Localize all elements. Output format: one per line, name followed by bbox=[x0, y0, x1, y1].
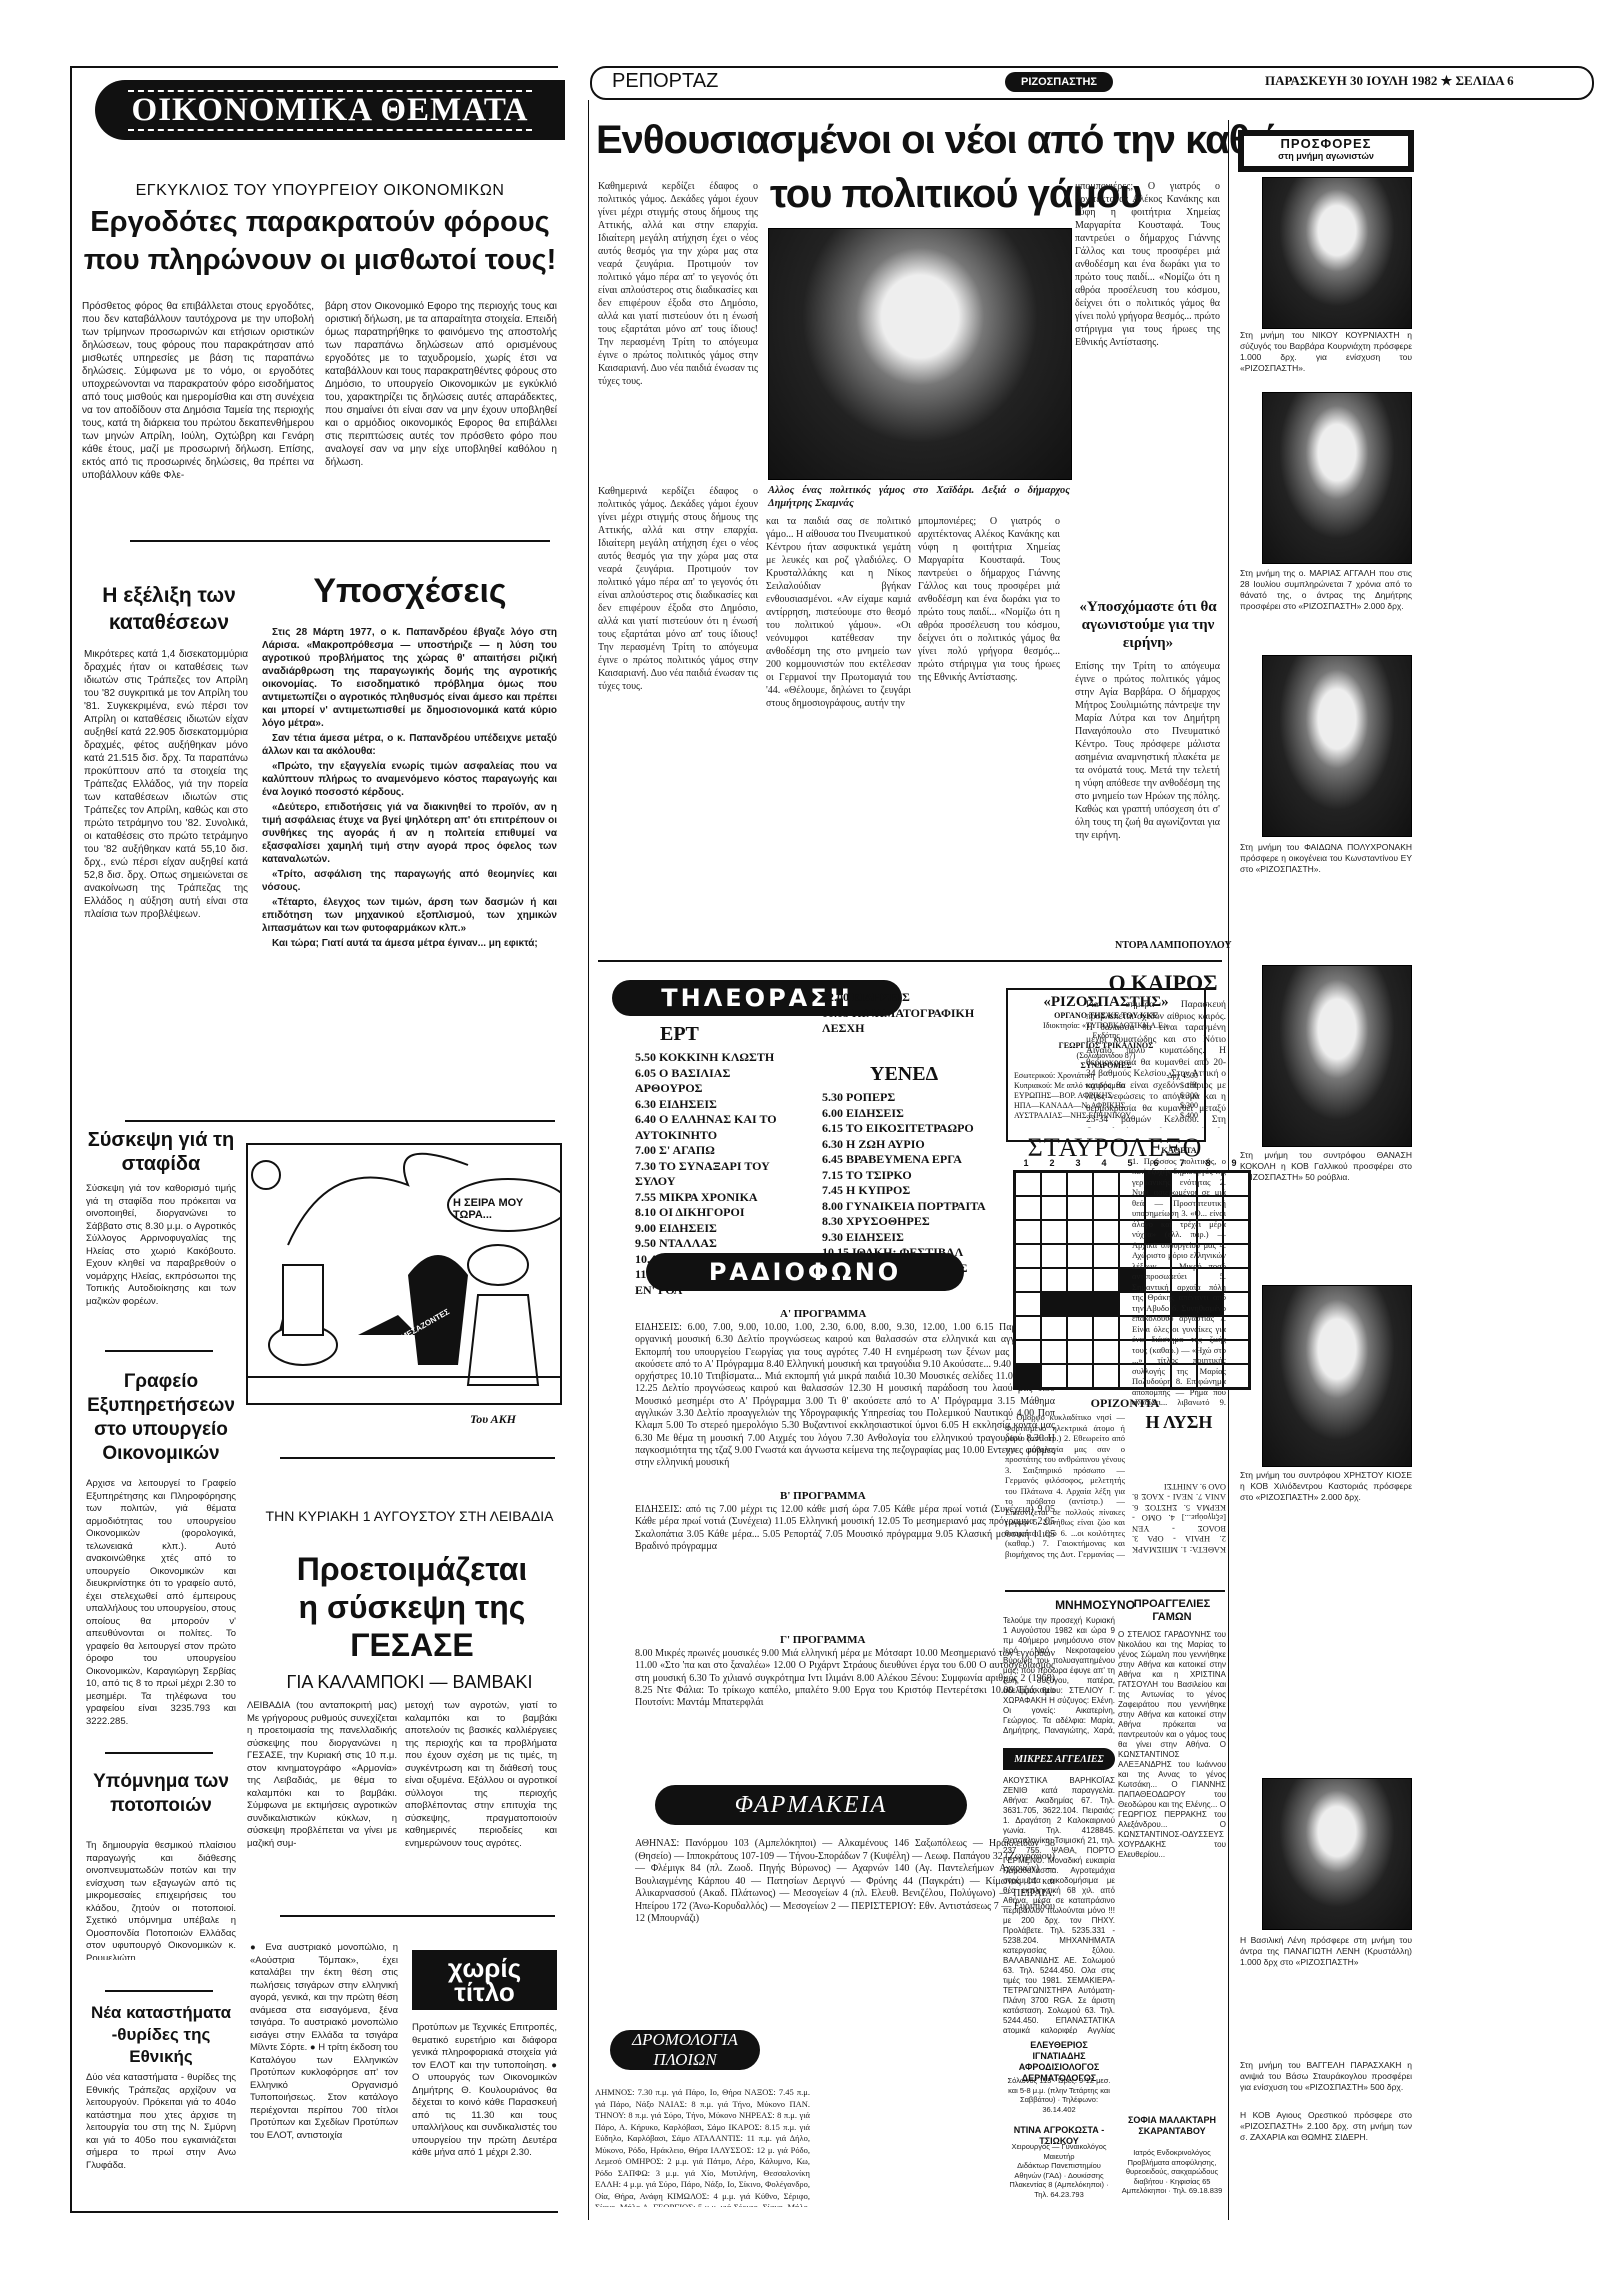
offering-8: Η ΚΟΒ Αγιους Ορεστικού πρόσφερε στο «ΡΙΖ… bbox=[1240, 2110, 1412, 2170]
offering-1: Στη μνήμη του ΝΙΚΟΥ ΚΟΥΡΝΙΑΧΤΗ η σύζυγός… bbox=[1240, 330, 1412, 384]
photo-caption: Αλλος ένας πολιτικός γάμος στο Χαϊδάρι. … bbox=[768, 484, 1070, 510]
gesase-col-2: μετοχή των αγροτών, γιατί το καλαμπόκι κ… bbox=[405, 1700, 557, 1888]
tv-item: 9.50 ΝΤΑΛΛΑΣ bbox=[635, 1236, 795, 1252]
divider bbox=[105, 1752, 213, 1754]
article-col-5: Επίσης την Τρίτη το απόγευμα έγινε ο πρώ… bbox=[1075, 660, 1220, 930]
doctor-1-details: Σόλωνος 113 · Ώρες: 9-12 μεσ. και 5-8 μ.… bbox=[1003, 2076, 1115, 2116]
stores-body: Δύο νέα καταστήματα - θυρίδες της Εθνική… bbox=[86, 2072, 236, 2204]
offering-photo-3 bbox=[1262, 655, 1412, 837]
article-col-2: και τα παιδιά σας σε πολιτικό γάμο... Η … bbox=[766, 515, 911, 905]
tv-item: 7.45 Η ΚΥΠΡΟΣ bbox=[822, 1183, 1002, 1199]
radio-prog-a-title: Α' ΠΡΟΓΡΑΜΜΑ bbox=[780, 1308, 866, 1320]
weddings-title: ΠΡΟΑΓΓΕΛΙΕΣ ΓΑΜΩΝ bbox=[1118, 1598, 1226, 1624]
article-col-2b: Καθημερινά κερδίζει έδαφος ο πολιτικός γ… bbox=[598, 485, 758, 905]
tv-item: 7.00 Σ' ΑΓΑΠΩ bbox=[635, 1143, 795, 1159]
divider bbox=[1005, 1590, 1225, 1592]
radio-prog-b: ΕΙΔΗΣΕΙΣ: από τις 7.00 μέχρι τις 12.00 κ… bbox=[635, 1504, 1055, 1629]
classifieds-body: ΑΚΟΥΣΤΙΚΑ ΒΑΡΗΚΟΪΑΣ ΖΕΝΙΘ κατά παραγγελί… bbox=[1003, 1776, 1115, 2034]
article-col-3: μπομπονιέρες; Ο γιατρός ο αρχιτέκτονας Α… bbox=[918, 515, 1060, 905]
tv-item: 6.45 ΒΡΑΒΕΥΜΕΝΑ ΕΡΓΑ bbox=[822, 1152, 1002, 1168]
doctor-3-name: ΣΟΦΙΑ ΜΑΛΑΚΤΑΡΗ ΣΚΑΡΑΝΤΑΒΟΥ bbox=[1118, 2115, 1226, 2137]
tv-item: 12.00 ΕΙΔΗΣΕΙΣ bbox=[822, 990, 992, 1006]
crossword-solution-title: Η ΛΥΣΗ bbox=[1132, 1412, 1226, 1433]
memorial-body: Τελούμε την προσεχή Κυριακή 1 Αυγούστου … bbox=[1003, 1616, 1115, 1736]
tv-item: 6.30 Η ΖΩΗ ΑΥΡΙΟ bbox=[822, 1137, 1002, 1153]
article-col-4: μπομπονιέρες; Ο γιατρός ο αρχιτέκτονας Α… bbox=[1075, 180, 1220, 580]
gesase-kicker: ΤΗΝ ΚΥΡΙΑΚΗ 1 ΑΥΓΟΥΣΤΟΥ ΣΤΗ ΛΕΙΒΑΔΙΑ bbox=[262, 1508, 557, 1524]
tv-item: 8.30 ΧΡΥΣΟΘΗΡΕΣ bbox=[822, 1214, 1002, 1230]
tv-item: 7.55 ΜΙΚΡΑ ΧΡΟΝΙΚΑ bbox=[635, 1190, 795, 1206]
offering-2: Στη μνήμη της ο. ΜΑΡΙΑΣ ΑΓΓΑΛΗ που στις … bbox=[1240, 568, 1412, 648]
pharmacies-banner: ΦΑΡΜΑΚΕΙΑ bbox=[655, 1785, 967, 1825]
wedding-photo bbox=[768, 228, 1072, 480]
deposits-body: Μικρότερες κατά 1,4 δισεκατομμύρια δραχμ… bbox=[84, 648, 248, 1108]
divider bbox=[125, 1120, 555, 1122]
tv-item: 8.10 ΟΙ ΔΙΚΗΓΟΡΟΙ bbox=[635, 1205, 795, 1221]
stores-title: Νέα καταστήματα -θυρίδες της Εθνικής bbox=[86, 2002, 236, 2068]
tv-yened-title: ΥΕΝΕΔ bbox=[870, 1063, 938, 1086]
radio-prog-b-title: Β' ΠΡΟΓΡΑΜΜΑ bbox=[780, 1490, 866, 1502]
offering-photo-5 bbox=[1262, 1285, 1412, 1467]
radio-banner: ΡΑΔΙΟΦΩΝΟ bbox=[646, 1253, 964, 1291]
crossword-horizontal: 1. Ομορφο κυκλαδίτικο νησί — Φορτισμένο … bbox=[1005, 1412, 1125, 1560]
cartoon-drawing-icon bbox=[248, 1145, 560, 1403]
tv-item: 9.00 ΕΙΔΗΣΕΙΣ bbox=[635, 1221, 795, 1237]
tv-item: 7.15 ΤΟ ΤΣΙΡΚΟ bbox=[822, 1168, 1002, 1184]
offering-photo-2 bbox=[1262, 392, 1412, 564]
page-gutter bbox=[588, 100, 589, 2220]
divider bbox=[130, 540, 550, 542]
article-byline: ΝΤΟΡΑ ΛΑΜΠΟΠΟΥΛΟΥ bbox=[1115, 940, 1232, 951]
offering-photo-1 bbox=[1262, 177, 1412, 329]
cartoon-credit: Του ΑΚΗ bbox=[470, 1412, 516, 1427]
raisin-title: Σύσκεψη γιά τη σταφίδα bbox=[86, 1128, 236, 1176]
offering-6: Η Βασιλική Λένη πρόσφερε στη μνήμη του ά… bbox=[1240, 1935, 1412, 2035]
gesase-subhead: ΓΙΑ ΚΑΛΑΜΠΟΚΙ — ΒΑΜΒΑΚΙ bbox=[262, 1672, 557, 1693]
cartoon: Η ΣΕΙΡΑ ΜΟΥ ΤΩΡΑ... ΜΕΣΑΖΟΝΤΕΣ bbox=[246, 1143, 562, 1405]
offering-photo-6 bbox=[1262, 1778, 1412, 1930]
memo-body: Τη δημιουργία θεσμικού πλαίσιου παραγωγή… bbox=[86, 1840, 236, 1960]
divider bbox=[105, 1990, 213, 1992]
office-body: Αρχισε να λειτουργεί το Γραφείο Εξυπηρέτ… bbox=[86, 1478, 236, 1740]
classifieds-banner: ΜΙΚΡΕΣ ΑΓΓΕΛΙΕΣ bbox=[1003, 1748, 1115, 1770]
ships-body: ΛΗΜΝΟΣ: 7.30 π.μ. γιά Πάρο, Ιο, Θήρα ΝΑΞ… bbox=[595, 2087, 810, 2207]
tv-item: 9.30 ΕΙΔΗΣΕΙΣ bbox=[822, 1230, 1002, 1246]
office-title: Γραφείο Εξυπηρετήσεων στο υπουργείο Οικο… bbox=[86, 1370, 236, 1466]
offering-3: Στη μνήμη του ΦΑΙΔΩΝΑ ΠΟΛΥΧΡΟΝΑΚΗ πρόσφε… bbox=[1240, 842, 1412, 960]
tv-item: 5.50 ΚΟΚΚΙΝΗ ΚΛΩΣΤΗ bbox=[635, 1050, 795, 1066]
lead-headline-1: Εργοδότες παρακρατούν φόρους bbox=[80, 206, 560, 239]
cartoon-speech: Η ΣΕΙΡΑ ΜΟΥ ΤΩΡΑ... bbox=[453, 1197, 560, 1221]
masthead-badge: ΡΙΖΟΣΠΑΣΤΗΣ bbox=[1005, 72, 1113, 92]
briefs-col-2: Προτύπων με Τεχνικές Επιτροπές, θεματικό… bbox=[412, 2022, 557, 2204]
radio-prog-a: ΕΙΔΗΣΕΙΣ: 6.00, 7.00, 9.00, 10.00, 1.00,… bbox=[635, 1322, 1055, 1487]
gesase-headline: Προετοιμάζεται η σύσκεψη της ΓΕΣΑΣΕ bbox=[292, 1550, 532, 1664]
divider bbox=[598, 960, 1222, 962]
offering-photo-4 bbox=[1262, 965, 1412, 1147]
tv-item: 6.05 Ο ΒΑΣΙΛΙΑΣ ΑΡΘΟΥΡΟΣ bbox=[635, 1066, 795, 1097]
divider bbox=[105, 1350, 213, 1352]
doctor-3-details: Ιατρός Ενδοκρινολόγος Προβλήματα αποφύλη… bbox=[1118, 2148, 1226, 2208]
deposits-title: Η εξέλιξη των καταθέσεων bbox=[84, 582, 254, 636]
divider bbox=[280, 1457, 555, 1459]
radio-prog-c-title: Γ' ΠΡΟΓΡΑΜΜΑ bbox=[780, 1634, 865, 1646]
section-banner-economy: ΟΙΚΟΝΟΜΙΚΑ ΘΕΜΑΤΑ bbox=[95, 80, 565, 140]
offering-5: Στη μνήμη του συντρόφου ΧΡΗΣΤΟΥ ΚΙΟΣΕ η … bbox=[1240, 1470, 1412, 1730]
crossword-solution: ΚΑΘΕΤΑ: 1. ΜΠΙΣΜΑΡΚ 2. ΗΡΑΙΑ - ΟΡΑ 3. ΒΟ… bbox=[1132, 1435, 1226, 1555]
tv-ert-title: ΕΡΤ bbox=[660, 1023, 699, 1046]
lead-col-2: βάρη στον Οικονομικό Εφορο της περιοχής … bbox=[325, 300, 557, 510]
briefs-col-1: ● Ενα αυστριακό μονοπώλιο, η «Αούστρια Τ… bbox=[250, 1942, 398, 2204]
promises-title: Υποσχέσεις bbox=[265, 572, 555, 611]
lead-col-1: Πρόσθετος φόρος θα επιβάλλεται στους εργ… bbox=[82, 300, 314, 510]
weather-body: Για σήμερα Παρασκευή προβλέπεται σχεδόν … bbox=[1086, 1000, 1226, 1128]
divider bbox=[280, 1915, 555, 1917]
pharmacies-body: ΑΘΗΝΑΣ: Πανόρμου 103 (Αμπελόκηποι) — Αλκ… bbox=[635, 1838, 1055, 2018]
article-col-1: Καθημερινά κερδίζει έδαφος ο πολιτικός γ… bbox=[598, 180, 758, 480]
tv-item: 7.30 ΤΟ ΣΥΝΑΞΑΡΙ ΤΟΥ ΣΥΛΟΥ bbox=[635, 1159, 795, 1190]
promises-body: Στις 28 Μάρτη 1977, ο κ. Παπανδρέου έβγα… bbox=[262, 626, 557, 1081]
article-subhead: «Υποσχόμαστε ότι θα αγωνιστούμε για την … bbox=[1078, 598, 1218, 652]
lead-headline-2: που πληρώνουν οι μισθωτοί τους! bbox=[80, 244, 560, 277]
tv-item: 6.40 Ο ΕΛΛΗΝΑΣ ΚΑΙ ΤΟ ΑΥΤΟΚΙΝΗΤΟ bbox=[635, 1112, 795, 1143]
tv-item: 8.00 ΓΥΝΑΙΚΕΙΑ ΠΟΡΤΡΑΙΤΑ bbox=[822, 1199, 1002, 1215]
tv-item: 6.15 ΤΟ ΕΙΚΟΣΙΤΕΤΡΑΩΡΟ bbox=[822, 1121, 1002, 1137]
offering-4: Στη μνήμη του συντρόφου ΘΑΝΑΣΗ ΚΟΚΟΛΗ η … bbox=[1240, 1150, 1412, 1280]
tv-item: 5.30 ΡΟΠΕΡΣ bbox=[822, 1090, 1002, 1106]
date-page: ΠΑΡΑΣΚΕΥΗ 30 ΙΟΥΛΗ 1982 ★ ΣΕΛΙΔΑ 6 bbox=[1265, 73, 1514, 89]
section-label: ΡΕΠΟΡΤΑΖ bbox=[612, 70, 718, 93]
offerings-banner: ΠΡΟΣΦΟΡΕΣ στη μνήμη αγωνιστών bbox=[1238, 130, 1414, 172]
memo-title: Υπόμνημα των ποτοποιών bbox=[86, 1770, 236, 1818]
tv-ert-late: 12.00 ΕΙΔΗΣΕΙΣ 00.05 ΚΙΝΗΜΑΤΟΓΡΑΦΙΚΗ ΛΕΣ… bbox=[822, 990, 992, 1037]
weather-title: Ο ΚΑΙΡΟΣ bbox=[1098, 970, 1228, 996]
no-title-badge: χωρίς τίτλο bbox=[412, 1950, 557, 2010]
ships-banner: ΔΡΟΜΟΛΟΓΙΑ ΠΛΟΙΩΝ bbox=[610, 2030, 760, 2070]
radio-prog-c: 8.00 Μικρές πρωινές μουσικές 9.00 Μιά ελ… bbox=[635, 1648, 1055, 1734]
tv-item: 6.00 ΕΙΔΗΣΕΙΣ bbox=[822, 1106, 1002, 1122]
tv-item: 6.30 ΕΙΔΗΣΕΙΣ bbox=[635, 1097, 795, 1113]
gesase-col-1: ΛΕΙΒΑΔΙΑ (του ανταποκριτή μας) Με γρήγορ… bbox=[247, 1700, 397, 1888]
tv-item: 00.05 ΚΙΝΗΜΑΤΟΓΡΑΦΙΚΗ ΛΕΣΧΗ bbox=[822, 1006, 992, 1037]
lead-kicker: ΕΓΚΥΚΛΙΟΣ ΤΟΥ ΥΠΟΥΡΓΕΙΟΥ ΟΙΚΟΝΟΜΙΚΩΝ bbox=[80, 182, 560, 200]
raisin-body: Σύσκεψη γιά τον καθορισμό τιμής γιά τη σ… bbox=[86, 1183, 236, 1339]
weddings-body: Ο ΣΤΕΛΙΟΣ ΓΑΡΔΟΥΝΗΣ του Νικολάου και της… bbox=[1118, 1630, 1226, 2110]
offering-7: Στη μνήμη του ΒΑΓΓΕΛΗ ΠΑΡΑΣΧΑΚΗ η ανιψιά… bbox=[1240, 2060, 1412, 2105]
doctor-2-details: Χειρουργός — Γυναικολόγος Μαιευτήρ Διδάκ… bbox=[1003, 2142, 1115, 2206]
crossword-vertical: ΚΑΘΕΤΑ 1. Πρώσσος πολιτικός, ο κατ' εξοχ… bbox=[1132, 1145, 1226, 1410]
